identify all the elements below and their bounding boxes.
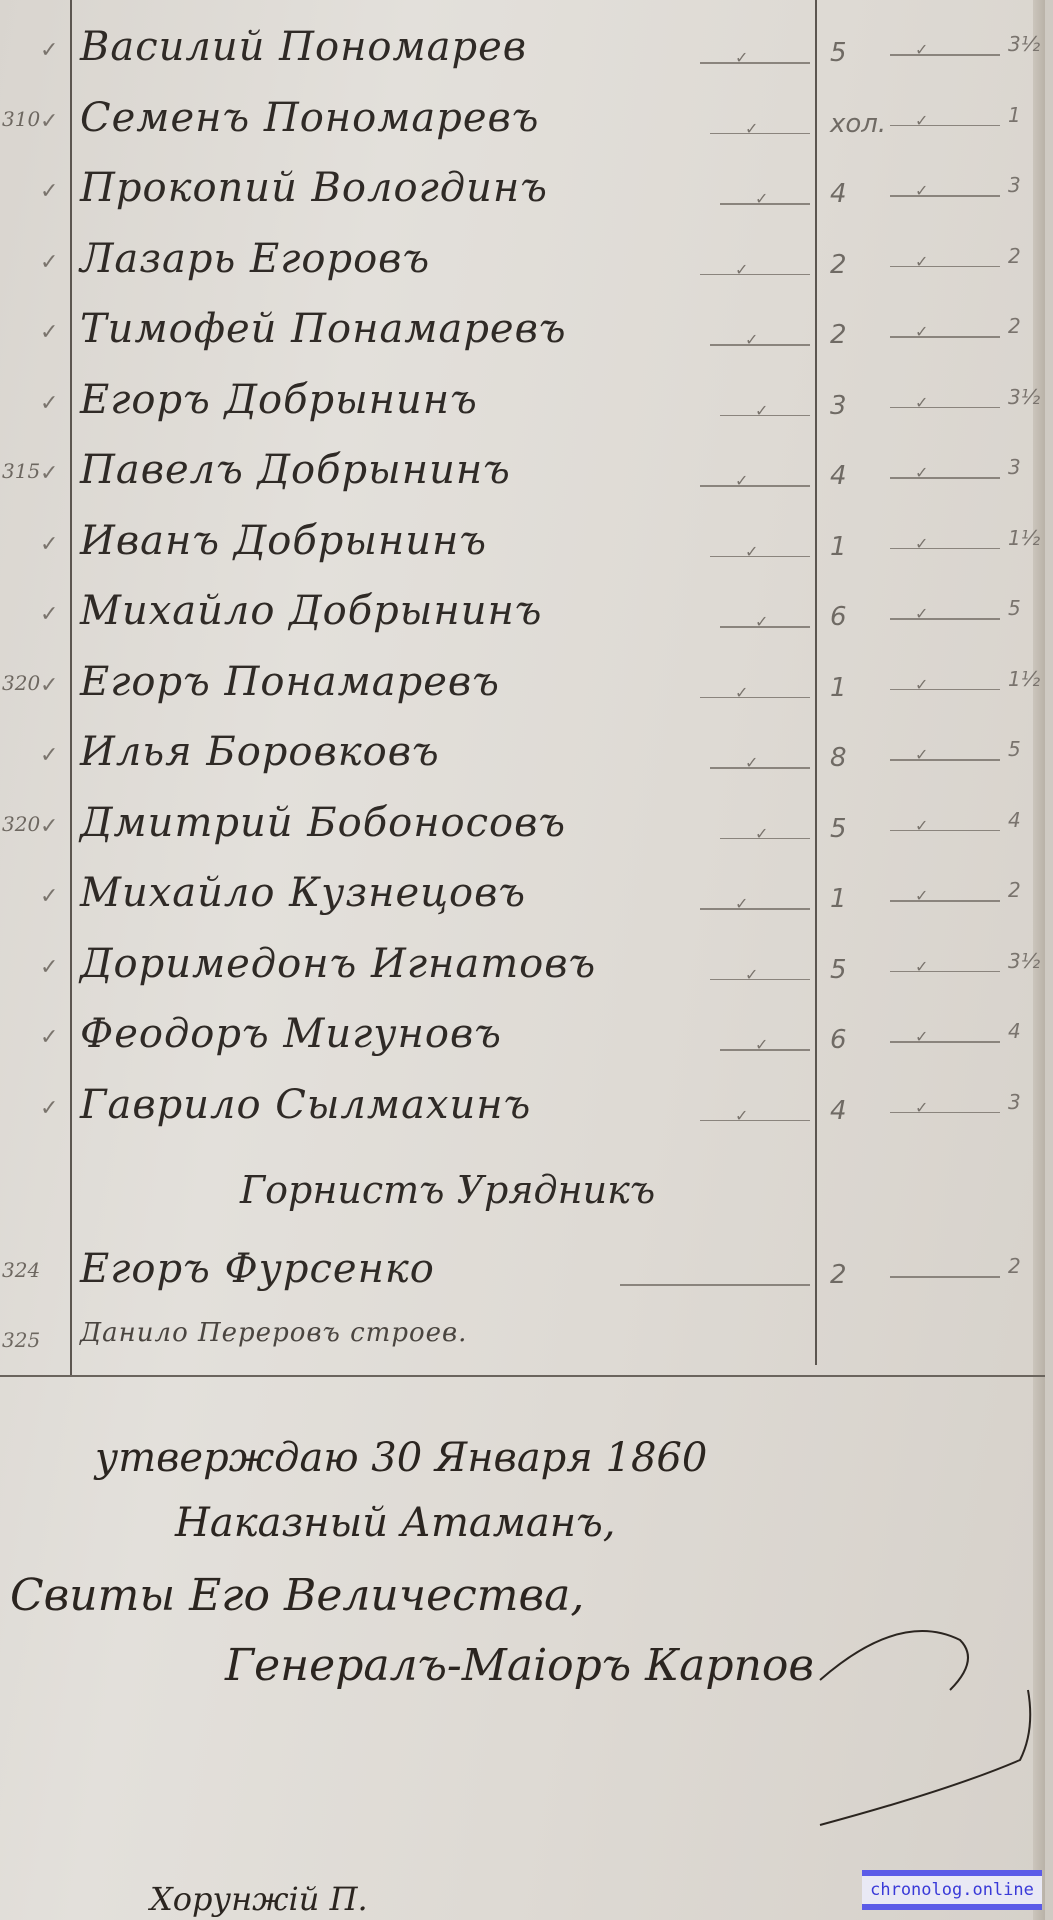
row-number: 324 bbox=[2, 1258, 40, 1282]
row-value-1: хол. bbox=[830, 109, 886, 139]
row-number: 315 bbox=[2, 459, 40, 483]
row-value-2: 2 bbox=[1008, 314, 1021, 338]
row-value-2: 3½ bbox=[1008, 32, 1040, 56]
approval-line-3: Свиты Его Величества, bbox=[10, 1570, 584, 1621]
register-row: 320✓Егоръ Понамаревъ✓1✓1½ bbox=[0, 653, 1045, 723]
check-mark-icon: ✓ bbox=[40, 461, 58, 486]
register-row: 310✓Семенъ Пономаревъ✓хол.✓1 bbox=[0, 89, 1045, 159]
row-value-1: 2 bbox=[830, 320, 847, 350]
check-mark-icon: ✓ bbox=[40, 1025, 58, 1050]
tick-mark-icon: ✓ bbox=[755, 824, 768, 843]
row-value-2: 1½ bbox=[1008, 667, 1040, 691]
row-name: Прокопий Вологдинъ bbox=[80, 165, 548, 211]
row-value-2: 5 bbox=[1008, 737, 1021, 761]
register-row: ✓Феодоръ Мигуновъ✓6✓4 bbox=[0, 1005, 1045, 1075]
row-name: Василий Пономарев bbox=[80, 24, 527, 70]
check-mark-icon: ✓ bbox=[40, 320, 58, 345]
row-name: Михайло Добрынинъ bbox=[80, 588, 542, 634]
tick-mark-icon: ✓ bbox=[735, 1106, 748, 1125]
watermark-badge[interactable]: chronolog.online bbox=[862, 1870, 1042, 1910]
register-row: 324 Егоръ Фурсенко 2 2 bbox=[0, 1240, 1045, 1310]
approval-line-2: Наказный Атаманъ, bbox=[175, 1500, 616, 1546]
row-value-2: 3 bbox=[1008, 455, 1021, 479]
row-value-1: 4 bbox=[830, 461, 847, 491]
row-number: 320 bbox=[2, 812, 40, 836]
tick-mark-icon: ✓ bbox=[915, 604, 928, 623]
row-value-2: 3 bbox=[1008, 1090, 1021, 1114]
row-name: Доримедонъ Игнатовъ bbox=[80, 941, 596, 987]
row-name: Михайло Кузнецовъ bbox=[80, 870, 526, 916]
check-mark-icon: ✓ bbox=[40, 391, 58, 416]
row-value-1: 1 bbox=[830, 673, 847, 703]
row-name: Егоръ Понамаревъ bbox=[80, 659, 500, 705]
signature-flourish bbox=[780, 1620, 1040, 1840]
watermark-text[interactable]: chronolog.online bbox=[862, 1876, 1042, 1904]
check-mark-icon: ✓ bbox=[40, 673, 58, 698]
row-dash bbox=[710, 344, 810, 346]
row-value-2: 3½ bbox=[1008, 385, 1040, 409]
row-name: Феодоръ Мигуновъ bbox=[80, 1011, 502, 1057]
row-dash bbox=[710, 556, 810, 558]
tick-mark-icon: ✓ bbox=[915, 181, 928, 200]
tick-mark-icon: ✓ bbox=[915, 393, 928, 412]
row-dash bbox=[700, 274, 810, 276]
row-dash bbox=[700, 62, 810, 64]
tick-mark-icon: ✓ bbox=[915, 40, 928, 59]
row-name: Гаврило Сылмахинъ bbox=[80, 1082, 531, 1128]
tick-mark-icon: ✓ bbox=[915, 322, 928, 341]
tick-mark-icon: ✓ bbox=[755, 189, 768, 208]
row-value-dash bbox=[890, 1276, 1000, 1278]
row-name: Илья Боровковъ bbox=[80, 729, 440, 775]
row-value-dash bbox=[890, 54, 1000, 56]
section-header: Горнистъ Урядникъ bbox=[240, 1168, 655, 1212]
row-value-1: 3 bbox=[830, 391, 847, 421]
row-dash bbox=[710, 133, 810, 135]
row-dash bbox=[710, 979, 810, 981]
tick-mark-icon: ✓ bbox=[915, 463, 928, 482]
tick-mark-icon: ✓ bbox=[735, 471, 748, 490]
row-value-dash bbox=[890, 618, 1000, 620]
tick-mark-icon: ✓ bbox=[755, 612, 768, 631]
row-name: Семенъ Пономаревъ bbox=[80, 95, 539, 141]
register-row: ✓Михайло Кузнецовъ✓1✓2 bbox=[0, 864, 1045, 934]
row-number: 325 bbox=[2, 1328, 40, 1352]
check-mark-icon: ✓ bbox=[40, 814, 58, 839]
row-name: Лазарь Егоровъ bbox=[80, 236, 430, 282]
row-value-2: 3 bbox=[1008, 173, 1021, 197]
row-dash bbox=[710, 767, 810, 769]
row-value-2: 2 bbox=[1008, 1254, 1021, 1278]
register-row: ✓Тимофей Понамаревъ✓2✓2 bbox=[0, 300, 1045, 370]
register-row: 315✓Павелъ Добрынинъ✓4✓3 bbox=[0, 441, 1045, 511]
row-value-2: 4 bbox=[1008, 1019, 1021, 1043]
row-value-1: 1 bbox=[830, 884, 847, 914]
row-name: Дмитрий Бобоносовъ bbox=[80, 800, 566, 846]
row-value-dash bbox=[890, 759, 1000, 761]
approval-line-1: утверждаю 30 Января 1860 bbox=[95, 1435, 707, 1481]
row-value-1: 5 bbox=[830, 955, 847, 985]
row-value-dash bbox=[890, 195, 1000, 197]
row-name: Павелъ Добрынинъ bbox=[80, 447, 511, 493]
row-name: Данило Переровъ строев. bbox=[80, 1318, 467, 1348]
register-row: ✓Доримедонъ Игнатовъ✓5✓3½ bbox=[0, 935, 1045, 1005]
tick-mark-icon: ✓ bbox=[745, 753, 758, 772]
register-row: ✓Лазарь Егоровъ✓2✓2 bbox=[0, 230, 1045, 300]
row-value-dash bbox=[890, 830, 1000, 832]
row-name: Тимофей Понамаревъ bbox=[80, 306, 567, 352]
row-value-2: 5 bbox=[1008, 596, 1021, 620]
tick-mark-icon: ✓ bbox=[915, 111, 928, 130]
check-mark-icon: ✓ bbox=[40, 743, 58, 768]
row-value-1: 6 bbox=[830, 1025, 847, 1055]
row-value-dash bbox=[890, 548, 1000, 550]
tick-mark-icon: ✓ bbox=[745, 330, 758, 349]
row-number: 310 bbox=[2, 107, 40, 131]
row-value-dash bbox=[890, 336, 1000, 338]
row-dash bbox=[620, 1284, 810, 1286]
row-value-1: 4 bbox=[830, 179, 847, 209]
check-mark-icon: ✓ bbox=[40, 250, 58, 275]
row-value-1: 1 bbox=[830, 532, 847, 562]
tick-mark-icon: ✓ bbox=[755, 401, 768, 420]
check-mark-icon: ✓ bbox=[40, 38, 58, 63]
row-value-1: 2 bbox=[830, 250, 847, 280]
row-dash bbox=[700, 485, 810, 487]
tick-mark-icon: ✓ bbox=[915, 816, 928, 835]
row-value-1: 8 bbox=[830, 743, 847, 773]
tick-mark-icon: ✓ bbox=[915, 1098, 928, 1117]
tick-mark-icon: ✓ bbox=[915, 745, 928, 764]
row-dash bbox=[700, 697, 810, 699]
register-row: ✓Василий Пономарев✓5✓3½ bbox=[0, 18, 1045, 88]
row-dash bbox=[700, 908, 810, 910]
row-value-1: 6 bbox=[830, 602, 847, 632]
row-value-2: 2 bbox=[1008, 878, 1021, 902]
row-value-1: 5 bbox=[830, 814, 847, 844]
row-value-2: 1½ bbox=[1008, 526, 1040, 550]
tick-mark-icon: ✓ bbox=[915, 534, 928, 553]
tick-mark-icon: ✓ bbox=[915, 1027, 928, 1046]
tick-mark-icon: ✓ bbox=[745, 542, 758, 561]
register-row: ✓Егоръ Добрынинъ✓3✓3½ bbox=[0, 371, 1045, 441]
tick-mark-icon: ✓ bbox=[735, 894, 748, 913]
row-value-dash bbox=[890, 1041, 1000, 1043]
tick-mark-icon: ✓ bbox=[915, 675, 928, 694]
row-name: Егоръ Фурсенко bbox=[80, 1246, 435, 1292]
tick-mark-icon: ✓ bbox=[745, 119, 758, 138]
row-value-2: 1 bbox=[1008, 103, 1021, 127]
row-value-2: 2 bbox=[1008, 244, 1021, 268]
check-mark-icon: ✓ bbox=[40, 955, 58, 980]
check-mark-icon: ✓ bbox=[40, 884, 58, 909]
register-row: 320✓Дмитрий Бобоносовъ✓5✓4 bbox=[0, 794, 1045, 864]
document-page: ✓Василий Пономарев✓5✓3½310✓Семенъ Понома… bbox=[0, 0, 1045, 1920]
row-value-1: 2 bbox=[830, 1260, 847, 1290]
register-row: ✓Прокопий Вологдинъ✓4✓3 bbox=[0, 159, 1045, 229]
tick-mark-icon: ✓ bbox=[745, 965, 758, 984]
tick-mark-icon: ✓ bbox=[755, 1035, 768, 1054]
row-value-dash bbox=[890, 971, 1000, 973]
row-name: Иванъ Добрынинъ bbox=[80, 518, 487, 564]
row-value-dash bbox=[890, 689, 1000, 691]
register-row: ✓Михайло Добрынинъ✓6✓5 bbox=[0, 582, 1045, 652]
row-value-dash bbox=[890, 125, 1000, 127]
register-row: ✓Иванъ Добрынинъ✓1✓1½ bbox=[0, 512, 1045, 582]
tick-mark-icon: ✓ bbox=[735, 48, 748, 67]
row-dash bbox=[700, 1120, 810, 1122]
row-value-dash bbox=[890, 1112, 1000, 1114]
row-value-dash bbox=[890, 900, 1000, 902]
row-value-1: 4 bbox=[830, 1096, 847, 1126]
bottom-note: Хорунжій П. bbox=[150, 1880, 368, 1918]
row-name: Егоръ Добрынинъ bbox=[80, 377, 478, 423]
tick-mark-icon: ✓ bbox=[915, 957, 928, 976]
row-number: 320 bbox=[2, 671, 40, 695]
check-mark-icon: ✓ bbox=[40, 1096, 58, 1121]
tick-mark-icon: ✓ bbox=[735, 683, 748, 702]
register-row: 325 Данило Переровъ строев. bbox=[0, 1310, 1045, 1380]
register-row: ✓Гаврило Сылмахинъ✓4✓3 bbox=[0, 1076, 1045, 1146]
check-mark-icon: ✓ bbox=[40, 179, 58, 204]
approval-line-4: Генералъ-Маіоръ Карпов bbox=[225, 1640, 814, 1691]
tick-mark-icon: ✓ bbox=[735, 260, 748, 279]
check-mark-icon: ✓ bbox=[40, 602, 58, 627]
row-value-dash bbox=[890, 266, 1000, 268]
check-mark-icon: ✓ bbox=[40, 532, 58, 557]
register-row: ✓Илья Боровковъ✓8✓5 bbox=[0, 723, 1045, 793]
row-value-2: 4 bbox=[1008, 808, 1021, 832]
tick-mark-icon: ✓ bbox=[915, 886, 928, 905]
tick-mark-icon: ✓ bbox=[915, 252, 928, 271]
check-mark-icon: ✓ bbox=[40, 109, 58, 134]
row-value-2: 3½ bbox=[1008, 949, 1040, 973]
row-value-1: 5 bbox=[830, 38, 847, 68]
row-value-dash bbox=[890, 477, 1000, 479]
row-value-dash bbox=[890, 407, 1000, 409]
